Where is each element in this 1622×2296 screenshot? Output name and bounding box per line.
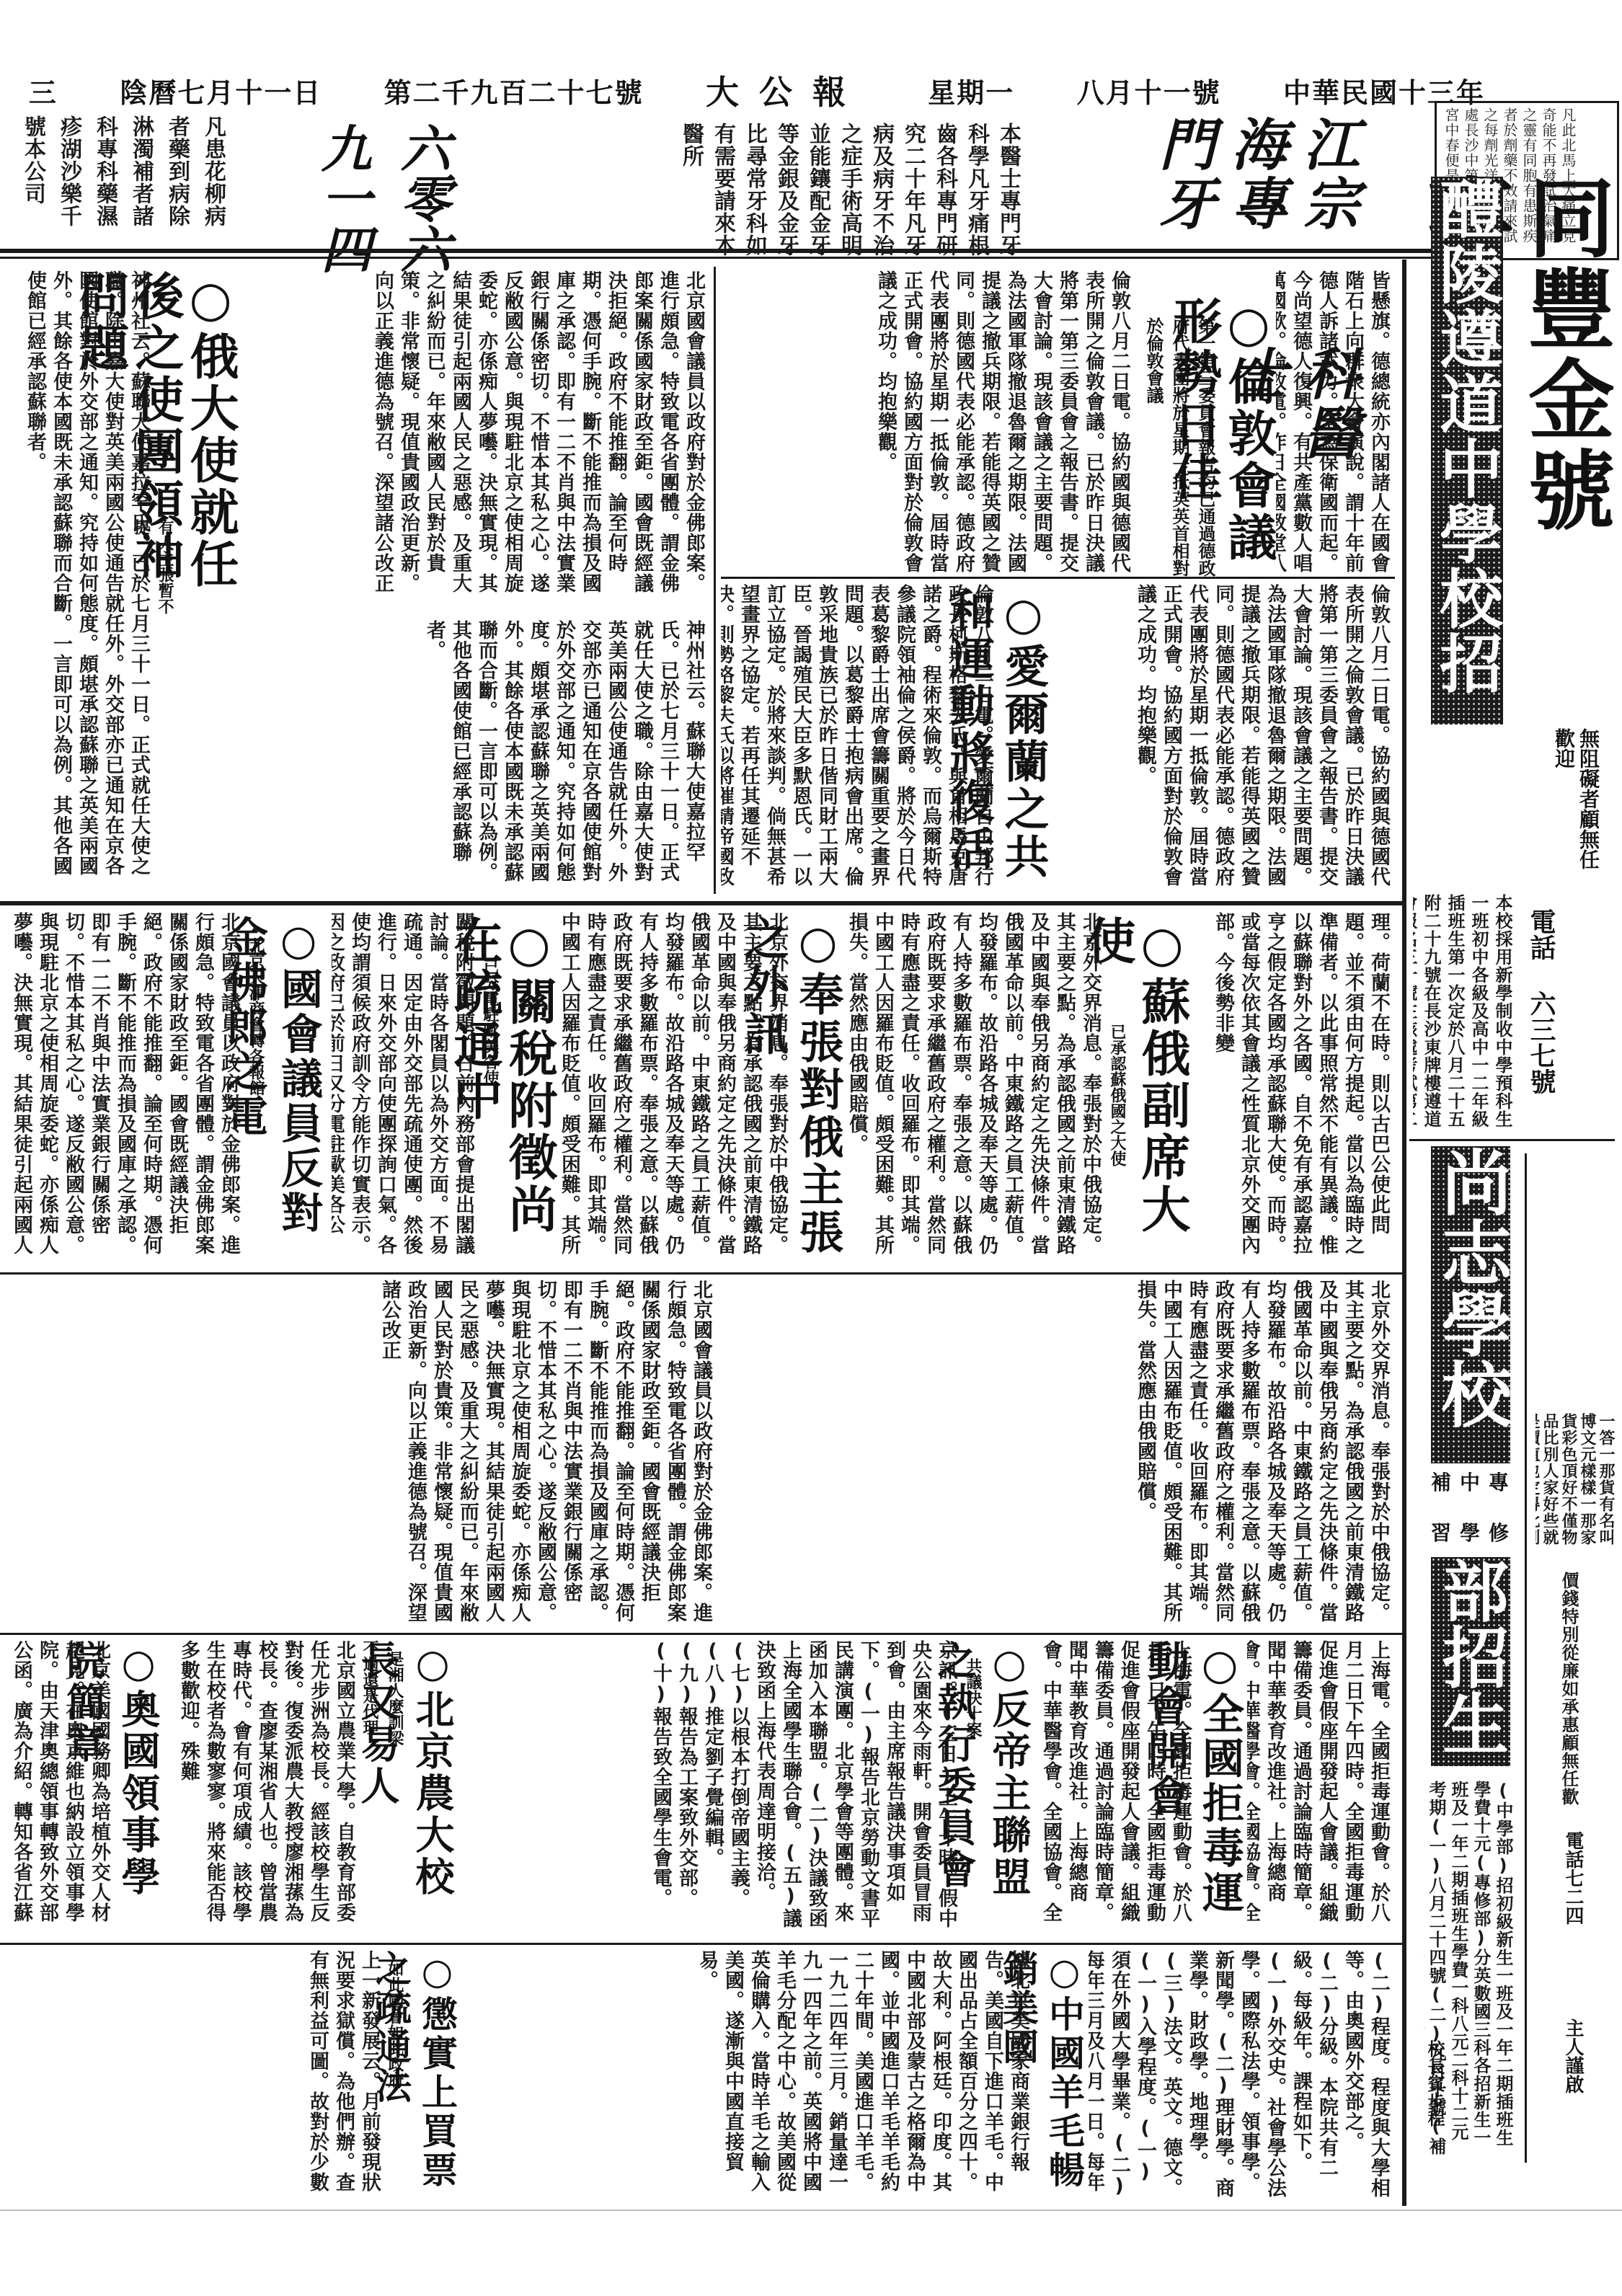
- section-rule-1: [721, 577, 1395, 579]
- mps-oppose-headline: ○國會議員反對金佛郎之電: [274, 916, 326, 1269]
- footer-rule: [0, 2209, 1622, 2211]
- vote-buying-subhead: 如此國會如此政府: [386, 1961, 407, 2105]
- agri-college-subhead-2: 不過還是代理: [360, 1640, 382, 1748]
- lunar-date: 陰曆七月十一日: [120, 71, 322, 110]
- opening-column-text: 皆懸旗。德總統亦內閣諸人在國會階石上向群衆大會演說。謂十年前德人訴諸武力。全為保…: [1276, 270, 1391, 588]
- vice-ambassador-preceding: 理。荷蘭不在時。則以古巴公使此問題。並不須由何方提起。當以為臨時之準備者。以此事…: [1189, 912, 1391, 1265]
- vote-buying-headline: ○懲實上買票之疏通法: [411, 1950, 460, 2202]
- merchant-ad-rule: [1525, 1153, 1527, 2163]
- top-rule-2: [0, 257, 1435, 259]
- vote-buying-body: 上一新發展云。月前發現狀況要求獄償。為他們辦。查有無利益可圖。故對於少數: [14, 1950, 382, 2202]
- weekday: 星期一: [928, 71, 1014, 110]
- merchant-body: 一答一那貨有名叫博文元樣樣一那家貨彩色頂好不僅物品比別人家好些就是價值也定得比別…: [1535, 1413, 1615, 1550]
- agri-college-body: 北京國立農業大學。自教育部委任尤步洲為校長。經該校學生反對後。復委派農大教授廖湘…: [173, 1640, 357, 1928]
- merchant-note: 價錢特別從廉如承惠顧無任歡迎: [1557, 1572, 1582, 1817]
- dentist-title: 江宗海專門牙科醫士: [1117, 115, 1362, 288]
- customs-subhead: 已分電駐歐美各使: [479, 959, 502, 1125]
- sino-russian-body: 北京外交界消息。奉張對於中俄協定。其主要之點。為承認俄國之前東清鐵路及中國與奉俄…: [555, 912, 789, 1265]
- month-day: 八月十一號: [1077, 71, 1221, 110]
- agri-college-headline: ○北京農大校長又易人: [411, 1640, 460, 1936]
- circle-bullet-icon: ○: [271, 916, 326, 967]
- ireland-body: 倫敦八月二日電。愛爾蘭自由邦行政長柯斯格黎夫氏。與首相馬克唐諾之爵。程術來倫敦。…: [721, 584, 995, 894]
- merchant-phone: 電話七二四: [1561, 1831, 1585, 1975]
- circle-bullet-icon: ○: [1221, 296, 1276, 356]
- anti-opium-preceding: 上海電。全國拒毒運動會。於八月二日下午四時。全國拒毒運動促進會假座開發起人會議。…: [1247, 1640, 1391, 1928]
- russian-ambassador-body: 神州社云。蘇聯大使嘉拉罕氏。已於七月三十一日。正式就任大使之職。除由嘉大使對英美…: [14, 270, 151, 890]
- mps-oppose-body: 北京國會議員以政府對於金佛郎案。進行頗急。特致電各省團體。謂金佛郎案關係國家財政…: [14, 912, 241, 1265]
- circle-bullet-icon: ○: [405, 1640, 460, 1689]
- dentist-ad: 江宗海專門牙科醫士 本醫士專門牙科學凡牙痛根齒各科專門研究二十年凡牙病及病牙不治…: [288, 115, 1362, 288]
- wool-body: 據北京美國家商業銀行報告。美國自下進口羊毛。中國出品占全額百分之四十。故大利。阿…: [461, 1950, 1031, 2202]
- right-column-rule: [1402, 260, 1406, 2206]
- customs-headline: ○關稅附徵尚在疏通中: [505, 916, 557, 1269]
- circle-bullet-icon: ○: [414, 1950, 460, 1995]
- consular-program-body: (二)程度。程度與大學相等。由奧國外交部之。(二)分級。本院共有二級。每級年。課…: [1089, 1950, 1391, 2202]
- issue-number: 第二千九百二十七號: [384, 71, 644, 110]
- vice-ambassador-headline: ○蘇俄副席大使: [1132, 916, 1189, 1269]
- merchant-sign: 主人謹啟: [1561, 2018, 1585, 2163]
- pharmacy-ad: 凡患花柳病者藥到病除淋濁補者諸科專科藥濕疹湖沙樂千號本公司: [14, 115, 288, 252]
- anti-opium-body: 上海電。全國拒毒運動會。於八月二日下午四時。全國拒毒運動促進會假座開發起人會議。…: [1038, 1640, 1193, 1928]
- circle-bullet-icon: ○: [996, 588, 1050, 643]
- vice-ambassador-body: 北京外交界消息。奉張對於中俄協定。其主要之點。為承認俄國之前東清鐵路及中國與奉俄…: [843, 912, 1103, 1265]
- lower-rule: [0, 1633, 1402, 1635]
- top-rule: [0, 249, 1435, 253]
- circle-bullet-icon: ○: [790, 916, 845, 971]
- left-top-text: 北京國會議員以政府對於金佛郎案。進行頗急。特致電各省團體。謂金佛郎案關係國家財政…: [238, 270, 706, 609]
- consular-school-headline: ○奧國領事學院簡章: [115, 1640, 166, 1936]
- page-number: 三: [29, 71, 58, 110]
- liling-phone: 電話 六三七號: [1517, 908, 1554, 1096]
- ireland-headline: ○愛爾蘭之共和運動將復活: [998, 588, 1050, 905]
- shangzhi-sign: 校長賓步程: [1424, 2040, 1447, 2127]
- london-conference-headline: ○倫敦會議形勢日佳: [1218, 296, 1276, 598]
- circle-bullet-icon: ○: [183, 270, 238, 331]
- bottom-rule: [0, 1943, 1402, 1945]
- london-subheads: 第一第三委員會報告均已通過德政府代表團將於星期一抵英英首相對於倫敦會議: [1139, 317, 1218, 577]
- london-conference-body: 倫敦八月二日電。協約國與德國代表所開之倫敦會議。已於昨日決議將第一第三委員會之報…: [721, 270, 1132, 573]
- wool-headline: ○中國羊毛暢銷美國: [1038, 1950, 1087, 2202]
- pharmacy-text: 凡患花柳病者藥到病除淋濁補者諸科專科藥濕疹湖沙樂千號本公司: [14, 115, 231, 245]
- mid-rule: [0, 901, 1402, 905]
- russian-ambassador-body-2: 神州社云。蘇聯大使嘉拉罕氏。已於七月三十一日。正式就任大使之職。除由嘉大使對英美…: [238, 620, 706, 894]
- anti-opium-headline: ○全國拒毒運動會開會: [1197, 1640, 1247, 1936]
- circle-bullet-icon: ○: [982, 1640, 1037, 1689]
- shangzhi-subtitle: 補中專: [1431, 1471, 1517, 1495]
- circle-bullet-icon: ○: [111, 1640, 166, 1689]
- shangzhi-recruit: 部招生: [1431, 1557, 1510, 1766]
- anti-imperialist-headline: ○反帝主聯盟之執行委員會: [988, 1640, 1037, 1936]
- anti-imperialist-subhead: 共議決十案: [962, 1658, 985, 1773]
- london-continuation: 倫敦八月二日電。協約國與德國代表所開之倫敦會議。已於昨日決議將第一第三委員會之報…: [1009, 584, 1391, 894]
- customs-body: 關稅附徵問題。日前內務部會提出閣議討論。當時各閣員以為外交方面。不易疏通。因定由…: [332, 912, 476, 1265]
- mps-oppose-subhead: 北京天津商會轉各報館: [245, 937, 268, 1153]
- shangzhi-section: 習學修: [1431, 1521, 1517, 1546]
- circle-bullet-icon: ○: [1135, 916, 1189, 976]
- tongfeng-title: 同豐金號事: [1514, 173, 1615, 577]
- shangzhi-title: 尚志學校: [1431, 1146, 1510, 1463]
- liling-school-title: 醴陵遵道中學校招生: [1431, 177, 1503, 724]
- lower-news-text-left: 北京國會議員以政府對於金佛郎案。進行頗急。特致電各省團體。謂金佛郎案關係國家財政…: [14, 1280, 714, 1626]
- paper-name: 大公報: [706, 66, 866, 114]
- russian-ambassador-subhead: 有人主張暫不提: [151, 519, 177, 627]
- agri-college-subhead-1: 是湘人麼訓梁: [386, 1651, 407, 1759]
- anti-imperialist-body: 京訊。(三日)上午十時。假中央公園來今雨軒。開會委員冒雨到會。由主席報告議決事項…: [461, 1640, 959, 1928]
- russian-ambassador-headline: ○俄大使就任後之使團領袖問題: [180, 270, 238, 609]
- liling-subtitle: 無阻礙者顧無任歡迎: [1564, 728, 1600, 887]
- school-ad-divider: [1409, 1139, 1615, 1141]
- consular-school-body: 北京美國國務卿為培植外交人材起見。在奧京維也納設立領事學院。由天津奧總領事轉致外…: [14, 1640, 112, 1928]
- circle-bullet-icon: ○: [1041, 1950, 1087, 1995]
- sino-russian-headline: ○奉張對俄主張之外訊: [793, 916, 845, 1269]
- circle-bullet-icon: ○: [1192, 1640, 1247, 1692]
- mid-rule-2: [0, 1272, 1402, 1275]
- dateline: 中華民國十三年 八月十一號 星期一 大公報 第二千九百二十七號 陰曆七月十一日 …: [29, 68, 1485, 112]
- vice-ambassador-subhead: 已承認蘇俄國之大使: [1107, 1024, 1130, 1240]
- lower-news-text-right: 北京外交界消息。奉張對於中俄協定。其主要之點。為承認俄國之前東清鐵路及中國與奉俄…: [721, 1280, 1391, 1626]
- upper-column-rule: [714, 267, 716, 894]
- liling-body: 本校採用新學制收中學預科生一班初中各級及高中一二年級插班生第一次定於八月二十五附…: [1413, 894, 1514, 1132]
- circle-bullet-icon: ○: [502, 916, 557, 976]
